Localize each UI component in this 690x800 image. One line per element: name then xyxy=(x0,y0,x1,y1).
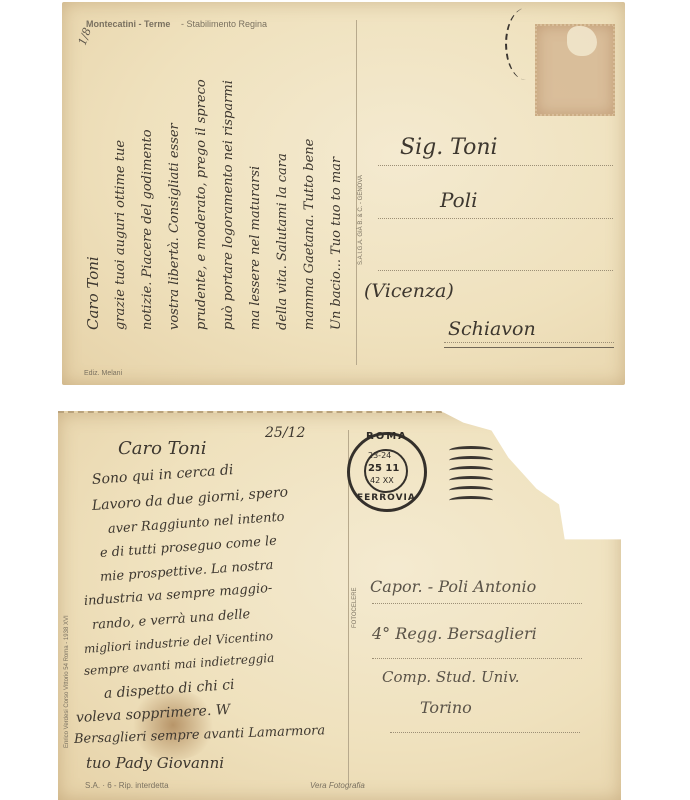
postmark-date: 25 11 xyxy=(368,463,399,474)
cancel-wave xyxy=(449,446,493,455)
message-line: vostra libertà. Consigliati esser xyxy=(161,30,188,330)
address-line: Torino xyxy=(420,698,472,717)
address-line: 4° Regg. Bersaglieri xyxy=(372,624,537,643)
message-line: grazie tuoi auguri ottime tue xyxy=(107,30,134,330)
address-dotline xyxy=(378,270,613,271)
postmark-time: 23-24 xyxy=(368,451,391,460)
divider-label: FOTOCELERE xyxy=(352,587,358,628)
stamp-removed-mark xyxy=(535,24,615,116)
address-dotline xyxy=(444,342,614,343)
front-divider xyxy=(356,20,357,365)
message-line: può portare logoramento nei risparmi xyxy=(215,30,242,330)
message-line: della vita. Salutami la cara xyxy=(269,30,296,330)
cancel-wave xyxy=(449,476,493,485)
postmark-city: ROMA xyxy=(366,431,408,442)
publisher-vertical: Enrico Verdesi Corso Vittorio 54 Roma - … xyxy=(64,615,70,748)
message-line: prudente, e moderato, prego il spreco xyxy=(188,30,215,330)
caption-place: Montecatini - Terme xyxy=(86,19,170,29)
publisher-label: Ediz. Melani xyxy=(84,370,122,377)
address-dotline xyxy=(378,218,613,219)
postmark-type: FERROVIA xyxy=(357,493,416,503)
address-underline xyxy=(444,347,614,348)
address-line: (Vicenza) xyxy=(364,280,454,302)
stain xyxy=(128,690,218,760)
address-dotline xyxy=(378,165,613,166)
address-line: Capor. - Poli Antonio xyxy=(370,577,536,596)
caption-building-text: Stabilimento Regina xyxy=(187,19,268,29)
printer-label: S.A.I.G.A. GIÀ B. & C. - GENOVA xyxy=(358,175,364,265)
message-line: Caro Toni xyxy=(80,30,107,330)
address-line: Comp. Stud. Univ. xyxy=(382,668,520,686)
address-line: Schiavon xyxy=(448,318,536,340)
footer-left: S.A. · 6 - Rip. interdetta xyxy=(85,781,169,790)
address-line: Poli xyxy=(440,188,477,212)
address-dotline xyxy=(390,732,580,733)
cancel-wave xyxy=(449,486,493,495)
message-line: notizie. Piacere del godimento xyxy=(134,30,161,330)
greeting: Caro Toni xyxy=(118,438,206,459)
message-line: ma lessere nel maturarsi xyxy=(242,30,269,330)
cancel-wave xyxy=(449,466,493,475)
signature: tuo Pady Giovanni xyxy=(86,754,224,772)
address-dotline xyxy=(372,658,582,659)
address-line: Sig. Toni xyxy=(400,135,498,160)
cancel-wave xyxy=(449,456,493,465)
message-line: mamma Gaetana. Tutto bene xyxy=(296,30,323,330)
date-written: 25/12 xyxy=(265,425,305,441)
footer-right: Vera Fotografia xyxy=(310,781,365,790)
caption-building: - Stabilimento Regina xyxy=(181,19,267,29)
message-line: Un bacio... Tuo tuo to mar xyxy=(323,30,350,330)
cancel-wave xyxy=(449,496,493,505)
address-dotline xyxy=(372,603,582,604)
front-message: Caro Toni grazie tuoi auguri ottime tue … xyxy=(80,30,350,330)
postmark-year: 42 XX xyxy=(370,476,394,485)
